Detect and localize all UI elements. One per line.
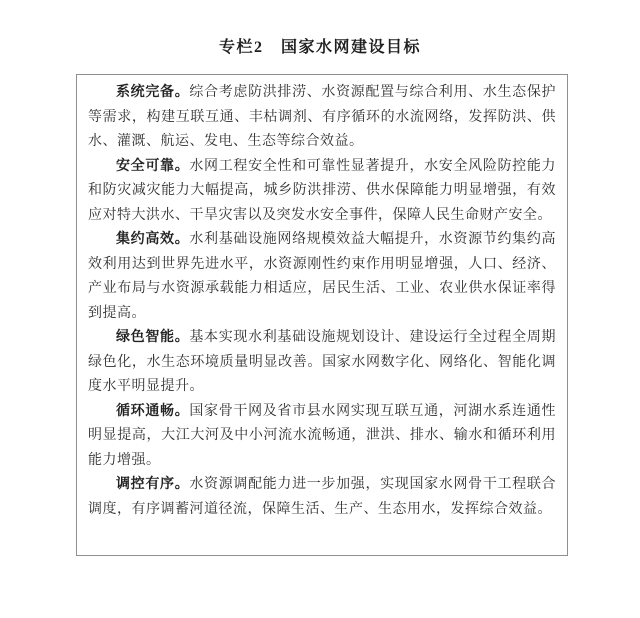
paragraph-term: 循环通畅。 (116, 404, 189, 419)
paragraph-term: 系统完备。 (116, 85, 189, 100)
paragraph-term: 集约高效。 (116, 232, 189, 247)
paragraph: 集约高效。水利基础设施网络规模效益大幅提升，水资源节约集约高效利用达到世界先进水… (88, 228, 556, 326)
page-title: 专栏2 国家水网建设目标 (0, 34, 640, 57)
paragraph: 绿色智能。基本实现水利基础设施规划设计、建设运行全过程全周期绿色化，水生态环境质… (88, 326, 556, 400)
paragraph-term: 安全可靠。 (116, 159, 189, 174)
paragraph: 调控有序。水资源调配能力进一步加强，实现国家水网骨干工程联合调度，有序调蓄河道径… (88, 473, 556, 522)
paragraph: 系统完备。综合考虑防洪排涝、水资源配置与综合利用、水生态保护等需求，构建互联互通… (88, 81, 556, 155)
callout-box: 系统完备。综合考虑防洪排涝、水资源配置与综合利用、水生态保护等需求，构建互联互通… (76, 74, 568, 556)
paragraph: 循环通畅。国家骨干网及省市县水网实现互联互通，河湖水系连通性明显提高，大江大河及… (88, 400, 556, 474)
paragraph-term: 绿色智能。 (116, 330, 189, 345)
paragraph-term: 调控有序。 (116, 477, 189, 492)
paragraph: 安全可靠。水网工程安全性和可靠性显著提升，水安全风险防控能力和防灾减灾能力大幅提… (88, 155, 556, 229)
